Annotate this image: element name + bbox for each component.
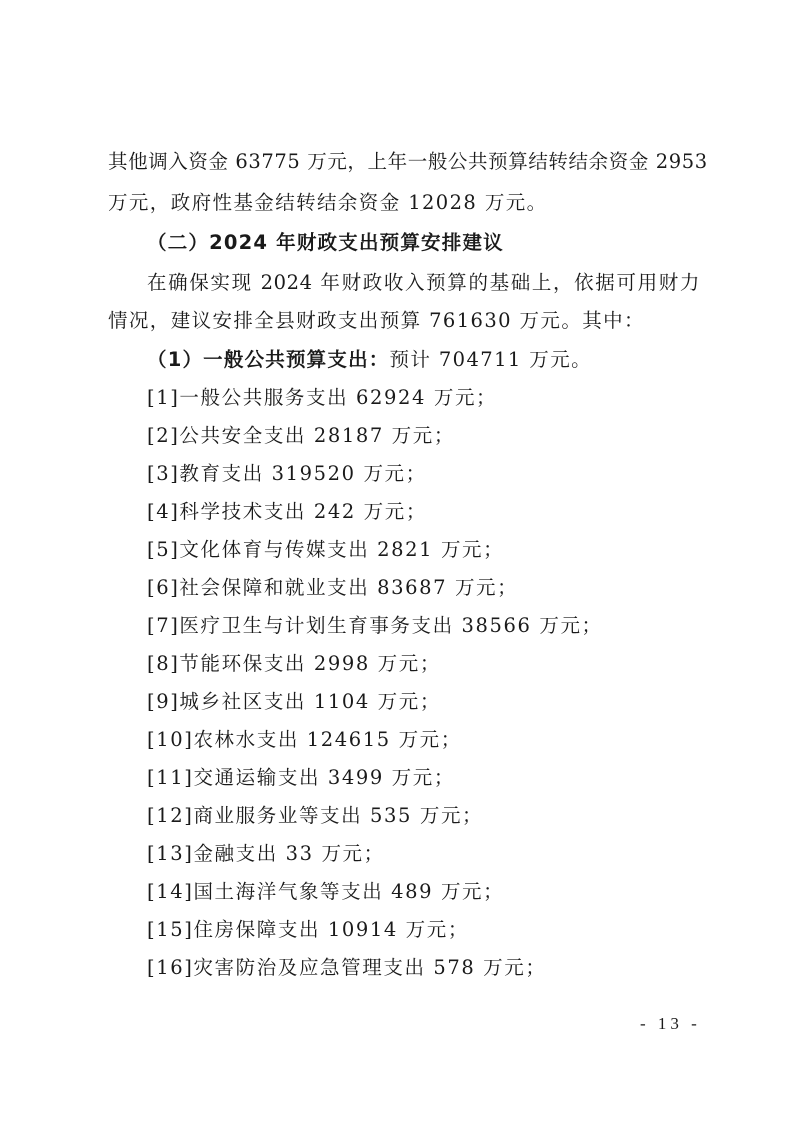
item-index: [2] [147, 424, 179, 447]
item-text: 国土海洋气象等支出 489 万元； [193, 880, 504, 903]
paragraph-continuation-line-1: 其他调入资金 63775 万元，上年一般公共预算结转结余资金 2953 [108, 144, 700, 180]
list-item: [5]文化体育与传媒支出 2821 万元； [147, 532, 739, 568]
subheading-label: （1）一般公共预算支出： [147, 348, 389, 371]
list-item: [1]一般公共服务支出 62924 万元； [147, 380, 739, 416]
item-index: [4] [147, 500, 179, 523]
subheading-general-public-budget: （1）一般公共预算支出：预计 704711 万元。 [147, 342, 739, 378]
item-text: 城乡社区支出 1104 万元； [179, 690, 441, 713]
list-item: [8]节能环保支出 2998 万元； [147, 646, 739, 682]
item-text: 交通运输支出 3499 万元； [193, 766, 455, 789]
item-text: 住房保障支出 10914 万元； [193, 918, 469, 941]
item-text: 科学技术支出 242 万元； [179, 500, 427, 523]
item-index: [15] [147, 918, 193, 941]
item-text: 公共安全支出 28187 万元； [179, 424, 455, 447]
page-number: - 13 - [640, 1014, 701, 1034]
item-index: [7] [147, 614, 179, 637]
item-index: [5] [147, 538, 179, 561]
item-index: [8] [147, 652, 179, 675]
intro-line-1: 在确保实现 2024 年财政收入预算的基础上，依据可用财力 [147, 265, 700, 301]
list-item: [13]金融支出 33 万元； [147, 836, 739, 872]
item-index: [11] [147, 766, 193, 789]
item-index: [12] [147, 804, 193, 827]
list-item: [16]灾害防治及应急管理支出 578 万元； [147, 950, 739, 986]
intro-line-2: 情况，建议安排全县财政支出预算 761630 万元。其中： [108, 303, 700, 339]
paragraph-continuation-line-2: 万元，政府性基金结转结余资金 12028 万元。 [108, 185, 700, 221]
item-index: [10] [147, 728, 193, 751]
item-text: 医疗卫生与计划生育事务支出 38566 万元； [179, 614, 602, 637]
item-index: [3] [147, 462, 179, 485]
document-page: 其他调入资金 63775 万元，上年一般公共预算结转结余资金 2953 万元，政… [0, 0, 793, 1122]
item-text: 农林水支出 124615 万元； [193, 728, 461, 751]
item-text: 金融支出 33 万元； [193, 842, 384, 865]
item-text: 节能环保支出 2998 万元； [179, 652, 441, 675]
list-item: [11]交通运输支出 3499 万元； [147, 760, 739, 796]
list-item: [4]科学技术支出 242 万元； [147, 494, 739, 530]
list-item: [2]公共安全支出 28187 万元； [147, 418, 739, 454]
section-heading: （二）2024 年财政支出预算安排建议 [147, 225, 739, 261]
subheading-value: 预计 704711 万元。 [389, 348, 592, 371]
item-text: 文化体育与传媒支出 2821 万元； [179, 538, 504, 561]
list-item: [14]国土海洋气象等支出 489 万元； [147, 874, 739, 910]
list-item: [6]社会保障和就业支出 83687 万元； [147, 570, 739, 606]
item-text: 一般公共服务支出 62924 万元； [179, 386, 497, 409]
item-text: 教育支出 319520 万元； [179, 462, 426, 485]
list-item: [9]城乡社区支出 1104 万元； [147, 684, 739, 720]
item-index: [14] [147, 880, 193, 903]
item-text: 商业服务业等支出 535 万元； [193, 804, 483, 827]
item-index: [13] [147, 842, 193, 865]
item-index: [6] [147, 576, 179, 599]
list-item: [15]住房保障支出 10914 万元； [147, 912, 739, 948]
item-index: [1] [147, 386, 179, 409]
item-index: [16] [147, 956, 193, 979]
item-text: 社会保障和就业支出 83687 万元； [179, 576, 518, 599]
list-item: [7]医疗卫生与计划生育事务支出 38566 万元； [147, 608, 739, 644]
item-index: [9] [147, 690, 179, 713]
item-text: 灾害防治及应急管理支出 578 万元； [193, 956, 546, 979]
list-item: [10]农林水支出 124615 万元； [147, 722, 739, 758]
list-item: [12]商业服务业等支出 535 万元； [147, 798, 739, 834]
list-item: [3]教育支出 319520 万元； [147, 456, 739, 492]
